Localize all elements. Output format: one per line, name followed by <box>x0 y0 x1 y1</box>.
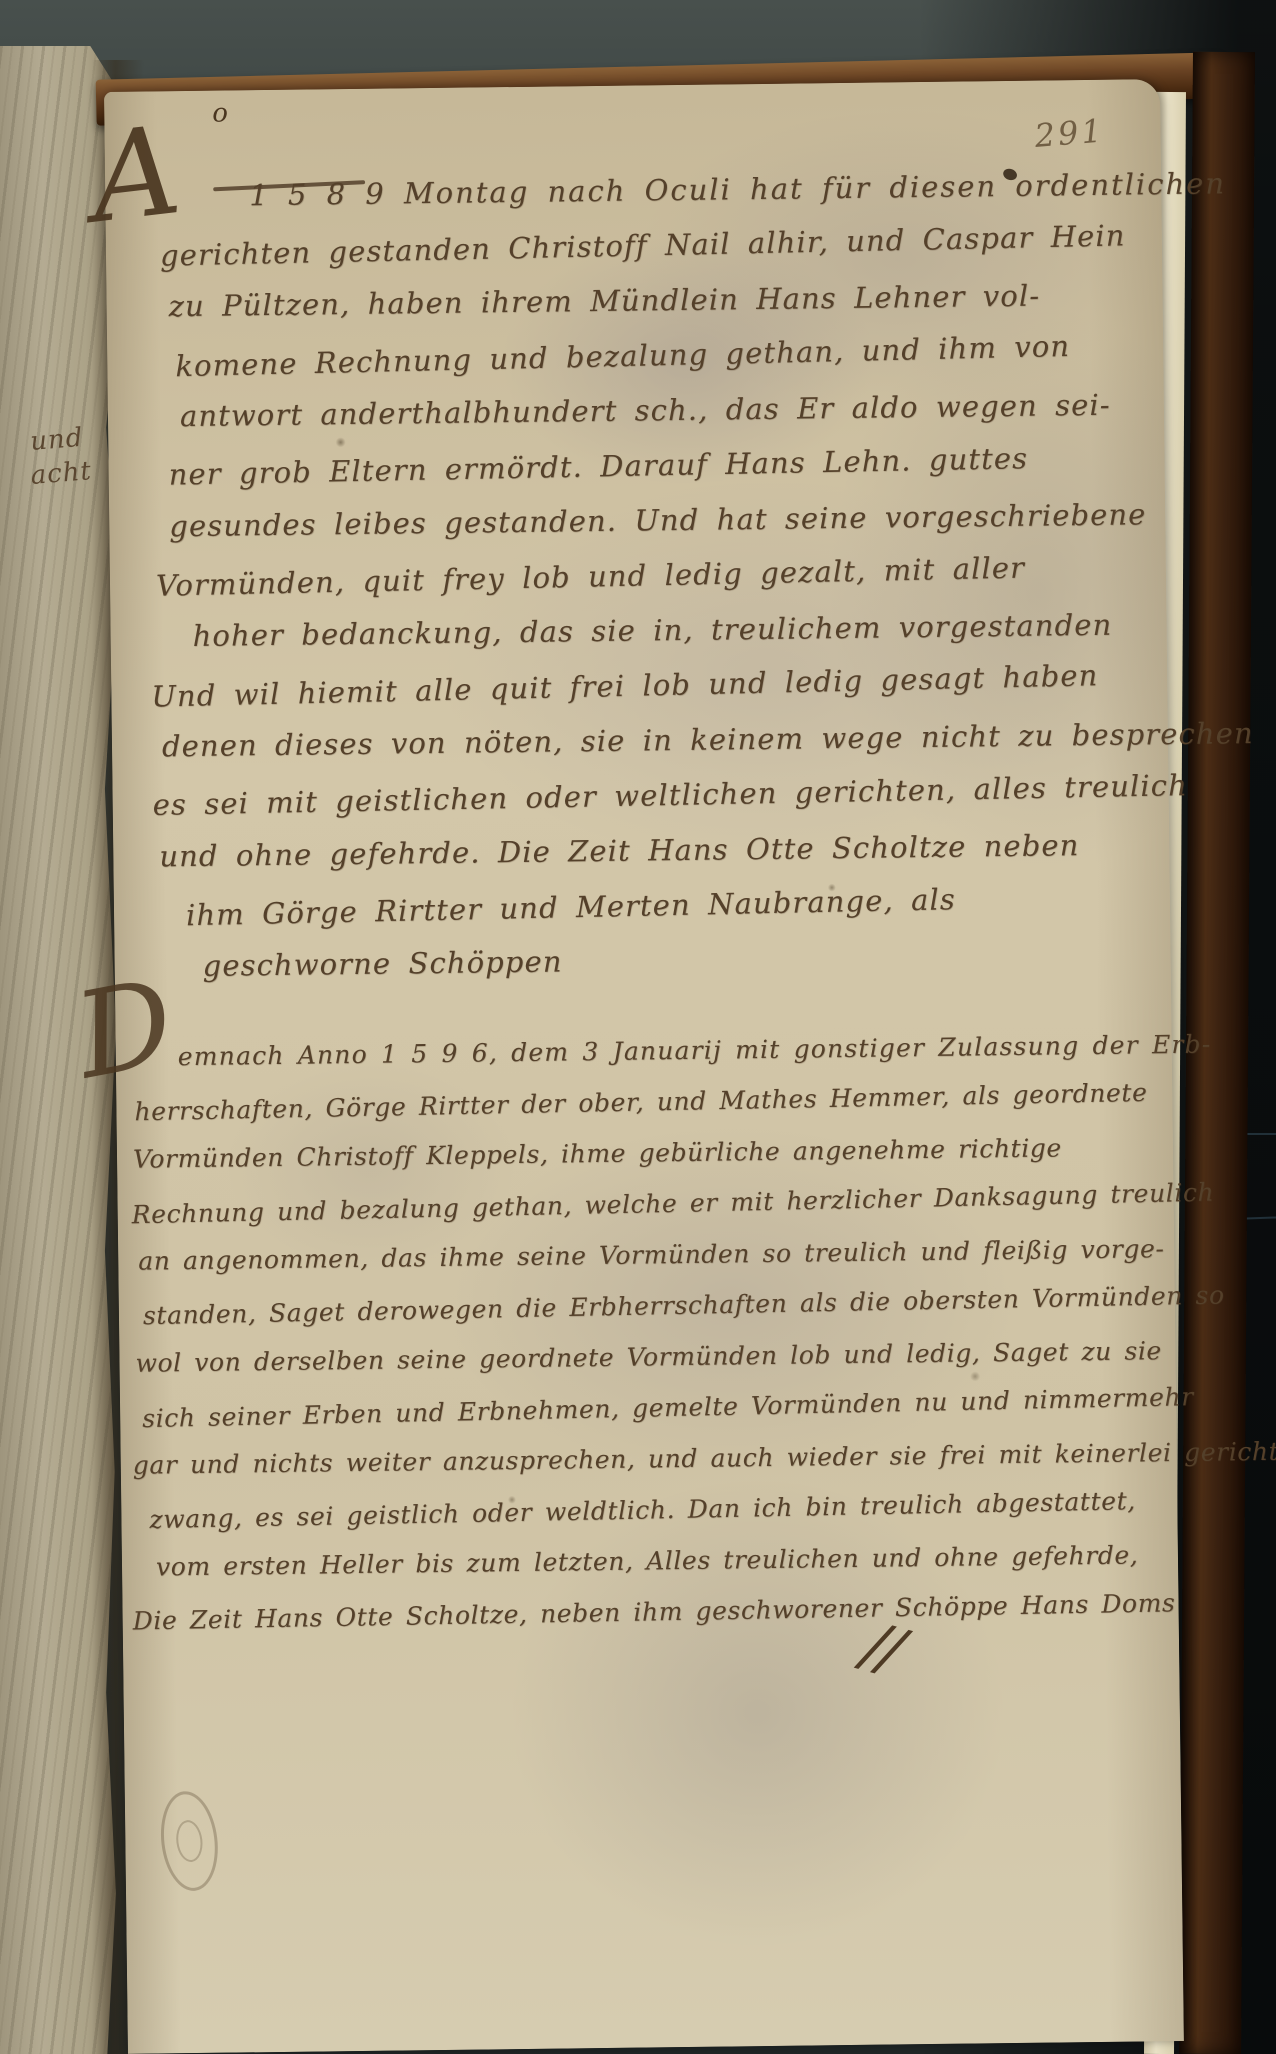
background-scratch <box>1243 1133 1276 1135</box>
entry-1589-initial-superscript: o <box>212 98 228 128</box>
entry-1589: 1 5 8 9 Montag nach Oculi hat für diesen… <box>131 157 1151 994</box>
manuscript-page: 291 A o 1 5 8 9 Montag nach Oculi hat fü… <box>104 79 1184 2054</box>
margin-note-line: acht <box>29 454 93 493</box>
margin-note-line: und <box>29 420 93 459</box>
margin-note: undacht <box>30 422 92 491</box>
folio-number: 291 <box>1033 111 1106 155</box>
manuscript-photo: 291 A o 1 5 8 9 Montag nach Oculi hat fü… <box>0 0 1276 2054</box>
background-scratch <box>1246 1216 1276 1219</box>
oval-stamp <box>156 1788 223 1894</box>
entry-1596: emnach Anno 1 5 9 6, dem 3 Januarij mit … <box>119 1019 1170 1644</box>
